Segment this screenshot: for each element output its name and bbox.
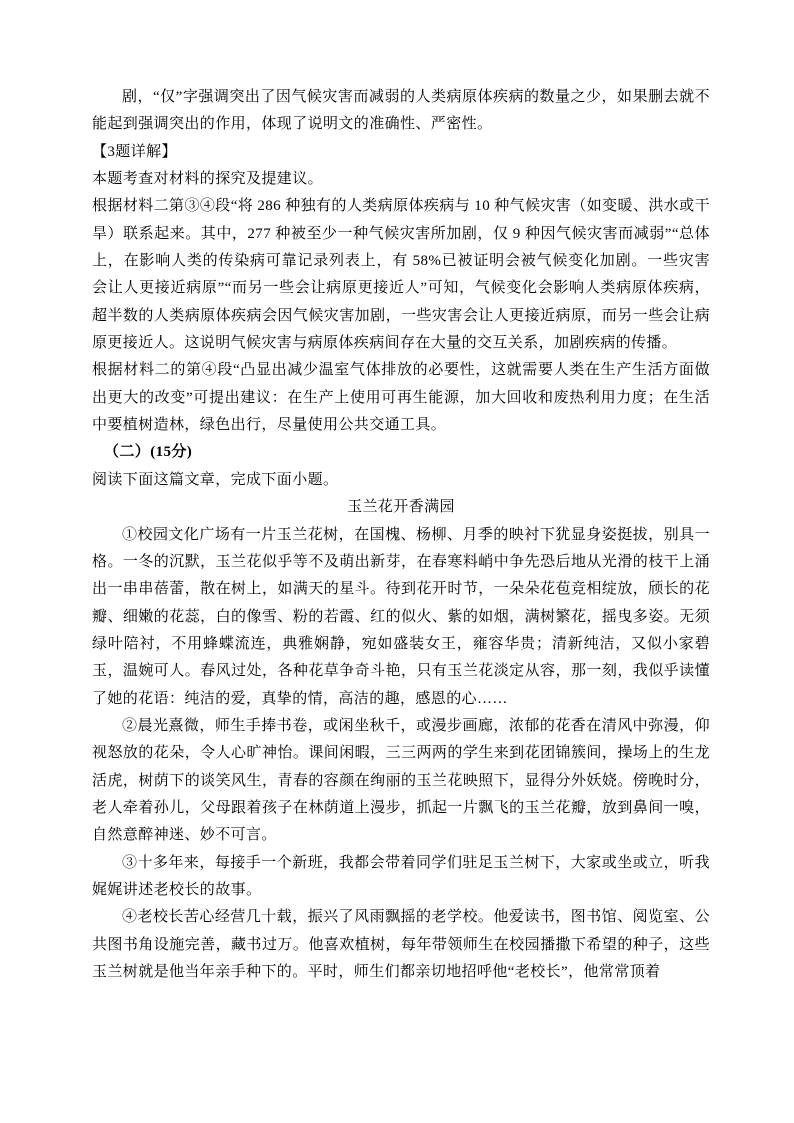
essay-paragraph-1: ①校园文化广场有一片玉兰花树，在国槐、杨柳、月季的映衬下犹显身姿挺拔，别具一格。… [92,522,710,713]
document-content: 剧，“仅”字强调突出了因气候灾害而减弱的人类病原体疾病的数量之少，如果删去就不能… [92,84,710,986]
question-3-analysis-label: 【3题详解】 [92,139,710,166]
document-page: 剧，“仅”字强调突出了因气候灾害而减弱的人类病原体疾病的数量之少，如果删去就不能… [0,0,794,1123]
answer-continuation-paragraph: 剧，“仅”字强调突出了因气候灾害而减弱的人类病原体疾病的数量之少，如果删去就不能… [92,84,710,139]
section-two-heading: （二）(15分) [92,439,710,466]
reading-instruction: 阅读下面这篇文章，完成下面小题。 [92,467,710,494]
question-3-analysis-intro: 本题考查对材料的探究及提建议。 [92,166,710,193]
essay-title: 玉兰花开香满园 [92,494,710,521]
essay-paragraph-2: ②晨光熹微，师生手捧书卷，或闲坐秋千，或漫步画廊，浓郁的花香在清风中弥漫，仰视怒… [92,713,710,850]
question-3-analysis-evidence: 根据材料二第③④段“将 286 种独有的人类病原体疾病与 10 种气候灾害（如变… [92,193,710,357]
essay-paragraph-3: ③十多年来，每接手一个新班，我都会带着同学们驻足玉兰树下，大家或坐或立，听我娓娓… [92,850,710,905]
essay-paragraph-4: ④老校长苦心经营几十载，振兴了风雨飘摇的老学校。他爱读书，图书馆、阅览室、公共图… [92,904,710,986]
question-3-analysis-suggestion: 根据材料二的第④段“凸显出减少温室气体排放的必要性，这就需要人类在生产生活方面做… [92,357,710,439]
